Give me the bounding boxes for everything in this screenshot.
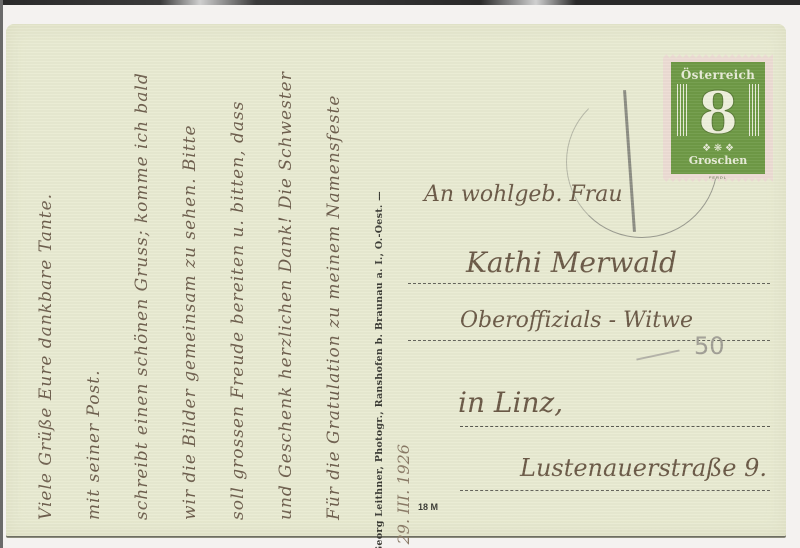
message-line: Viele Grüße Eure dankbare Tante. bbox=[36, 50, 56, 520]
address-city: in Linz, bbox=[458, 386, 563, 419]
stamp-stripes-left bbox=[677, 84, 687, 136]
address-rule bbox=[460, 426, 770, 427]
stamp-printer: FERDL bbox=[709, 175, 727, 180]
pencil-mark bbox=[636, 349, 679, 360]
stamp-unit: Groschen bbox=[689, 154, 747, 167]
address-street: Lustenauerstraße 9. bbox=[520, 454, 767, 482]
stamp-face: Österreich 8 ❖ ❋ ❖ Groschen FERDL bbox=[671, 62, 765, 174]
address-salutation: An wohlgeb. Frau bbox=[424, 182, 623, 207]
date-written: 29. III. 1926 bbox=[394, 444, 413, 544]
handwritten-message: Für die Gratulation zu meinem Namensfest… bbox=[24, 42, 364, 532]
address-title: Oberoffizials - Witwe bbox=[460, 308, 693, 333]
message-line: soll grossen Freude bereiten u. bitten, … bbox=[228, 50, 248, 520]
card-number: 18 M bbox=[418, 502, 438, 512]
message-line: wir die Bilder gemeinsam zu sehen. Bitte bbox=[180, 50, 200, 520]
publisher-imprint: Georg Leithner, Photogr., Ranshofen b. B… bbox=[374, 174, 385, 548]
scanner-edge-left bbox=[0, 0, 3, 548]
message-line: Für die Gratulation zu meinem Namensfest… bbox=[324, 50, 344, 520]
stamp-stripes-right bbox=[749, 84, 759, 136]
message-line: mit seiner Post. bbox=[84, 50, 104, 520]
scanner-edge-top bbox=[0, 0, 800, 5]
message-line: und Geschenk herzlichen Dank! Die Schwes… bbox=[276, 50, 296, 520]
postcard: Für die Gratulation zu meinem Namensfest… bbox=[6, 24, 786, 537]
address-name: Kathi Merwald bbox=[466, 246, 677, 279]
stamp-value: 8 bbox=[698, 82, 738, 144]
postage-stamp: Österreich 8 ❖ ❋ ❖ Groschen FERDL bbox=[663, 54, 773, 182]
message-line: schreibt einen schönen Gruss; komme ich … bbox=[132, 50, 152, 520]
pencil-price: 50 bbox=[694, 332, 725, 360]
address-rule bbox=[408, 283, 770, 284]
address-rule bbox=[460, 490, 770, 491]
